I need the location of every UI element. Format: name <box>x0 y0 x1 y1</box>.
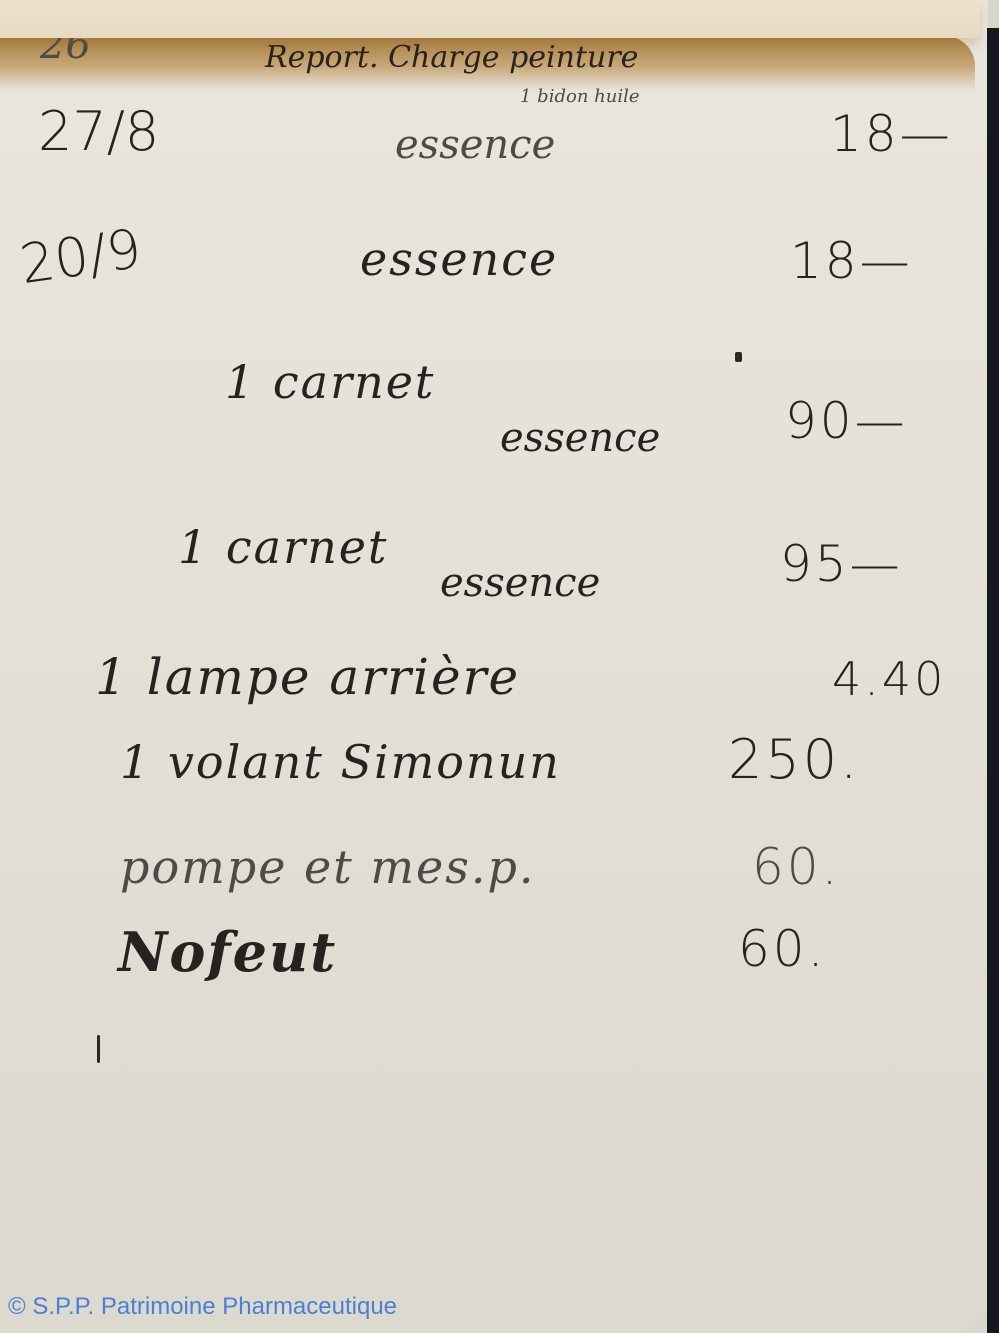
entry-amount: 18— <box>790 232 913 290</box>
entry-amount: 60. <box>738 920 827 978</box>
previous-page-flap <box>0 0 980 38</box>
ink-spot <box>735 352 742 362</box>
copyright-watermark: © S.P.P. Patrimoine Pharmaceutique <box>8 1293 397 1321</box>
entry-subitem: essence <box>440 560 600 606</box>
entry-item: 1 volant Simonun <box>120 735 561 789</box>
entry-amount: 4.40 <box>832 652 946 706</box>
prev-fragment-text: Report. Charge peinture <box>265 40 638 75</box>
entry-date: 27/8 <box>38 100 159 163</box>
entry-item: 1 carnet <box>225 355 435 409</box>
entry-item: essence <box>395 122 555 168</box>
entry-amount: 60. <box>752 838 841 896</box>
entry-amount: 95— <box>780 535 903 593</box>
notebook-binding-edge <box>987 28 999 1333</box>
photo-scene: 26 Report. Charge peinture 1 bidon huile… <box>0 0 999 1333</box>
entry-item: essence <box>360 232 558 286</box>
entry-item: Nofeut <box>118 920 337 984</box>
prev-fragment-subnote: 1 bidon huile <box>520 86 639 107</box>
entry-subitem: essence <box>500 415 660 461</box>
entry-item: pompe et mes.p. <box>120 840 536 894</box>
entry-amount: 90— <box>785 392 908 450</box>
entry-amount: 250. <box>728 728 860 791</box>
entry-item: 1 lampe arrière <box>95 648 520 706</box>
entry-item: 1 carnet <box>178 520 388 574</box>
entry-amount: 18— <box>830 105 953 163</box>
stray-pen-mark <box>97 1035 100 1063</box>
